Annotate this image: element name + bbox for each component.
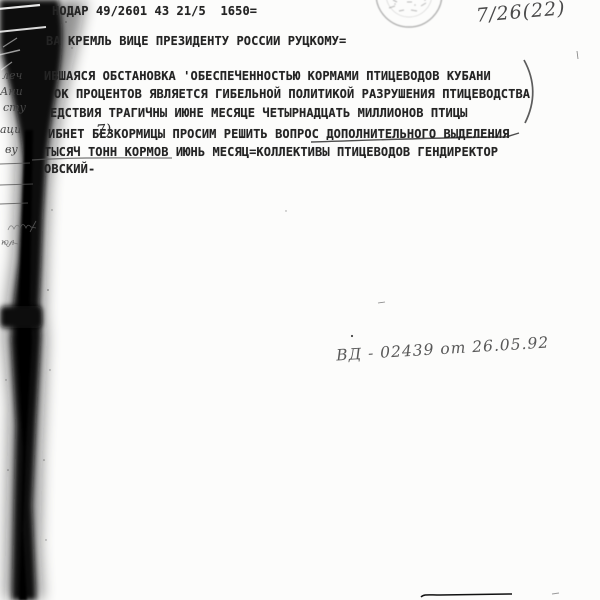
- telegram-signature-line: ОВСКИЙ-: [44, 163, 95, 176]
- bottom-frame-line: [421, 594, 512, 597]
- telegram-body-line: ЕДСТВИЯ ТРАГИЧНЫ ИЮНЕ МЕСЯЦЕ ЧЕТЫРНАДЦАТ…: [50, 107, 468, 120]
- telegram-body-line: ИБНЕТ БЕЗКОРМИЦЫ ПРОСИМ РЕШИТЬ ВОПРОС ДО…: [48, 128, 509, 141]
- telegram-scan-page: НОДАР 49/2601 43 21/5 1650= ВА КРЕМЛЬ ВИ…: [0, 0, 600, 600]
- margin-note: сту: [3, 101, 26, 114]
- round-stamp: [376, 0, 442, 27]
- telegram-body-line: ТЫСЯЧ ТОНН КОРМОВ ИЮНЬ МЕСЯЦ=КОЛЛЕКТИВЫ …: [44, 146, 498, 159]
- margin-note: аци: [0, 123, 21, 136]
- bottom-speck: [552, 593, 559, 594]
- telegram-body-line: ИВШАЯСЯ ОБСТАНОВКА 'ОБЕСПЕЧЕННОСТЬЮ КОРМ…: [44, 70, 491, 83]
- margin-note: юл: [1, 238, 15, 248]
- telegram-address-line: ВА КРЕМЛЬ ВИЦЕ ПРЕЗИДЕНТУ РОССИИ РУЦКОМУ…: [46, 35, 346, 48]
- handwritten-insert-mark: 7): [95, 120, 112, 139]
- margin-note: Ани: [0, 85, 23, 98]
- telegram-origin-line: НОДАР 49/2601 43 21/5 1650=: [52, 5, 257, 18]
- margin-note: ву: [5, 143, 18, 156]
- margin-note: леч: [2, 69, 22, 82]
- telegram-body-line: ОК ПРОЦЕНТОВ ЯВЛЯЕТСЯ ГИБЕЛЬНОЙ ПОЛИТИКО…: [54, 88, 530, 101]
